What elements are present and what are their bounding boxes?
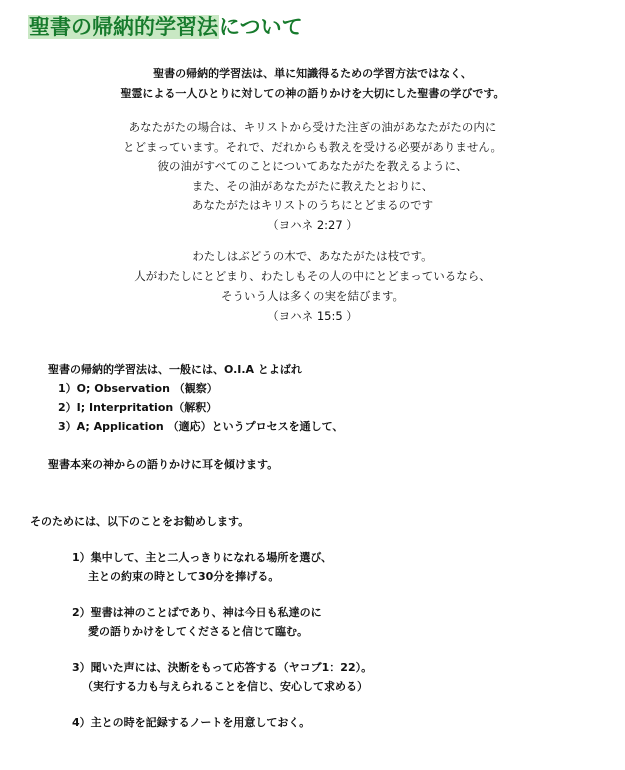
recommendation-line: 3）聞いた声には、決断をもって応答する（ヤコブ1：22）。 xyxy=(72,658,372,677)
recommendation-line: 2）聖書は神のことばであり、神は今日も私達のに xyxy=(72,603,372,622)
recommendation-item: 3）聞いた声には、決断をもって応答する（ヤコブ1：22）。 （実行する力も与えら… xyxy=(72,658,372,696)
recommendations-list: 1）集中して、主と二人っきりになれる場所を選び、 主との約束の時として30分を捧… xyxy=(72,548,372,749)
verse-line: そういう人は多くの実を結びます。 xyxy=(0,286,625,306)
verse-line: 彼の油がすべてのことについてあなたがたを教えるように、 xyxy=(0,157,625,177)
intro-line: 聖霊による一人ひとりに対しての神の語りかけを大切にした聖書の学びです。 xyxy=(0,84,625,104)
title-highlight: 聖書の帰納的学習法 xyxy=(28,15,219,39)
recommendation-line: 主との約束の時として30分を捧げる。 xyxy=(72,567,372,586)
verse-line: また、その油があなたがたに教えたとおりに、 xyxy=(0,177,625,197)
recommendation-item: 1）集中して、主と二人っきりになれる場所を選び、 主との約束の時として30分を捧… xyxy=(72,548,372,586)
verse-line: 人がわたしにとどまり、わたしもその人の中にとどまっているなら、 xyxy=(0,266,625,286)
recommendation-line: 1）集中して、主と二人っきりになれる場所を選び、 xyxy=(72,548,372,567)
recommendation-item: 4）主との時を記録するノートを用意しておく。 xyxy=(72,713,372,732)
verse-line: わたしはぶどうの木で、あなたがたは枝です。 xyxy=(0,246,625,266)
verse-line: とどまっています。それで、だれからも教えを受ける必要がありません。 xyxy=(0,138,625,158)
title-rest: について xyxy=(219,15,303,39)
verse-line: あなたがたはキリストのうちにとどまるのです xyxy=(0,196,625,216)
verse-john-2-27: あなたがたの場合は、キリストから受けた注ぎの油があなたがたの内に とどまっていま… xyxy=(0,118,625,235)
oia-conclusion: 聖書本来の神からの語りかけに耳を傾けます。 xyxy=(48,455,343,474)
oia-step-observation: 1）O; Observation （観察） xyxy=(48,379,343,398)
intro-line: 聖書の帰納的学習法は、単に知識得るための学習方法ではなく、 xyxy=(0,64,625,84)
recommendation-line: 4）主との時を記録するノートを用意しておく。 xyxy=(72,713,372,732)
recommendation-item: 2）聖書は神のことばであり、神は今日も私達のに 愛の語りかけをしてくださると信じ… xyxy=(72,603,372,641)
oia-section: 聖書の帰納的学習法は、一般には、O.I.A とよばれ 1）O; Observat… xyxy=(48,360,343,474)
oia-step-application: 3）A; Application （適応）というプロセスを通して、 xyxy=(48,417,343,436)
page-title: 聖書の帰納的学習法について xyxy=(28,14,303,40)
oia-step-interpretation: 2）I; Interpritation（解釈） xyxy=(48,398,343,417)
recommendation-line: （実行する力も与えられることを信じ、安心して求める） xyxy=(72,677,372,696)
verse-john-15-5: わたしはぶどうの木で、あなたがたは枝です。 人がわたしにとどまり、わたしもその人… xyxy=(0,246,625,326)
oia-heading: 聖書の帰納的学習法は、一般には、O.I.A とよばれ xyxy=(48,360,343,379)
intro-paragraph: 聖書の帰納的学習法は、単に知識得るための学習方法ではなく、 聖霊による一人ひとり… xyxy=(0,64,625,104)
spacer xyxy=(48,436,343,455)
verse-reference: （ヨハネ 15:5 ） xyxy=(0,306,625,326)
recommendations-intro: そのためには、以下のことをお勧めします。 xyxy=(30,512,249,531)
verse-reference: （ヨハネ 2:27 ） xyxy=(0,216,625,236)
verse-line: あなたがたの場合は、キリストから受けた注ぎの油があなたがたの内に xyxy=(0,118,625,138)
recommendation-line: 愛の語りかけをしてくださると信じて臨む。 xyxy=(72,622,372,641)
recommendations-intro-text: そのためには、以下のことをお勧めします。 xyxy=(30,512,249,531)
